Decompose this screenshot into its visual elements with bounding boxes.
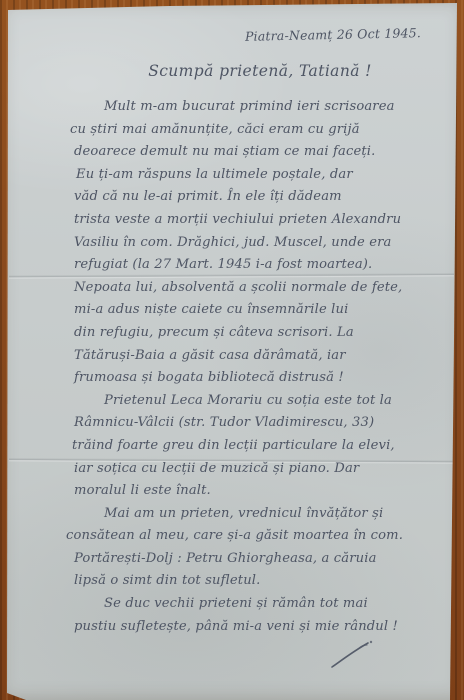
- handwritten-line: Mai am un prieten, vrednicul învățător ș…: [74, 503, 430, 526]
- letter-paper: Piatra-Neamț 26 Oct 1945. Scumpă prieten…: [0, 0, 464, 700]
- letter-body: Mult m-am bucurat primind ieri scrisoare…: [74, 96, 430, 638]
- signature-flourish-icon: [328, 636, 376, 676]
- letter-dateline: Piatra-Neamț 26 Oct 1945.: [238, 25, 428, 44]
- handwritten-line: Portărești-Dolj : Petru Ghiorgheasa, a c…: [74, 548, 430, 571]
- letter-paragraph: Prietenul Leca Morariu cu soția este tot…: [74, 390, 430, 503]
- handwritten-line: iar soțica cu lecții de muzică și piano.…: [74, 458, 430, 481]
- letter-paragraph: Mult m-am bucurat primind ieri scrisoare…: [74, 96, 430, 390]
- handwritten-line: Tătăruși-Baia a găsit casa dărâmată, iar: [74, 345, 430, 368]
- handwritten-line: Se duc vechii prieteni și rămân tot mai: [74, 593, 430, 616]
- handwritten-line: trăind foarte greu din lecții particular…: [72, 435, 430, 458]
- handwritten-line: cu știri mai amănunțite, căci eram cu gr…: [70, 119, 430, 142]
- handwritten-line: frumoasa și bogata bibliotecă distrusă !: [74, 367, 430, 390]
- letter-paragraph: Mai am un prieten, vrednicul învățător ș…: [74, 503, 430, 593]
- handwritten-line: Râmnicu-Vâlcii (str. Tudor Vladimirescu,…: [74, 412, 430, 435]
- letter-salutation: Scumpă prietenă, Tatiană !: [130, 62, 390, 80]
- handwritten-line: Prietenul Leca Morariu cu soția este tot…: [74, 390, 430, 413]
- handwritten-line: Nepoata lui, absolventă a școlii normale…: [74, 277, 430, 300]
- handwritten-line: moralul li este înalt.: [74, 480, 430, 503]
- handwritten-line: Mult m-am bucurat primind ieri scrisoare…: [74, 96, 430, 119]
- handwritten-line: din refugiu, precum și câteva scrisori. …: [74, 322, 430, 345]
- handwritten-line: deoarece demult nu mai știam ce mai face…: [74, 141, 430, 164]
- handwritten-line: văd că nu le-ai primit. În ele îți dădea…: [74, 186, 430, 209]
- handwritten-line: lipsă o simt din tot sufletul.: [74, 570, 430, 593]
- handwritten-line: consătean al meu, care și-a găsit moarte…: [66, 525, 430, 548]
- wood-table-background: Piatra-Neamț 26 Oct 1945. Scumpă prieten…: [0, 0, 464, 700]
- letter-paragraph: Se duc vechii prieteni și rămân tot mai …: [74, 593, 430, 638]
- handwritten-line: Vasiliu în com. Drăghici, jud. Muscel, u…: [74, 232, 430, 255]
- handwritten-line: trista veste a morții vechiului prieten …: [74, 209, 430, 232]
- handwritten-line: refugiat (la 27 Mart. 1945 i-a fost moar…: [74, 254, 430, 277]
- handwritten-line: Eu ți-am răspuns la ultimele poștale, da…: [76, 164, 430, 187]
- handwritten-line: pustiu sufletește, până mi-a veni și mie…: [74, 616, 430, 639]
- handwritten-line: mi-a adus niște caiete cu însemnările lu…: [74, 299, 430, 322]
